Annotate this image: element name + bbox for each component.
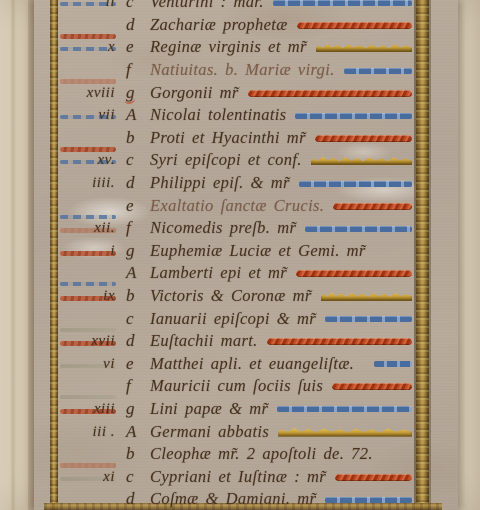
golden-number-cell: ii <box>58 0 120 11</box>
calendar-row: c Ianuarii epiſcopi & mr̃ <box>58 307 414 330</box>
golden-number: iiii. <box>92 175 115 191</box>
calendar-row: d Coſmæ & Damiani. mr̃ <box>58 488 414 510</box>
dominical-letter: f <box>120 60 150 80</box>
golden-number-cell: iii . <box>58 423 120 441</box>
golden-number-cell: iiii. <box>58 174 120 192</box>
dominical-letter: g <box>120 241 150 261</box>
feast-name: Proti et Hyacinthi mr̃ <box>150 128 313 148</box>
dominical-letter: c <box>120 309 150 329</box>
golden-number: xviii <box>87 85 115 101</box>
calendar-row: xviii g Gorgonii mr̃ <box>58 81 414 104</box>
golden-number-cell: x <box>58 38 120 56</box>
line-filler-ornament <box>316 43 412 52</box>
calendar-row: A Lamberti epi et mr̃ <box>58 262 414 285</box>
feast-name: Euſtachii mart. <box>150 331 265 351</box>
feast-name: Natiuitas. b. Mariæ virgi. <box>150 60 342 80</box>
calendar-row: iii . A Germani abbatis <box>58 420 414 443</box>
margin-mark <box>60 395 116 399</box>
feast-name: Euphemiæ Luciæ et Gemi. mr̃ <box>150 241 373 261</box>
calendar-rows: ii c Venturini : mar. d Zachariæ prophet… <box>58 0 414 510</box>
line-filler-ornament <box>321 292 412 301</box>
dominical-letter: d <box>120 15 150 35</box>
feast-name: Nicolai tolentinatis <box>150 105 293 125</box>
golden-number: xv. <box>98 152 115 168</box>
dominical-letter: d <box>120 331 150 351</box>
line-filler-ornament <box>278 428 412 437</box>
line-filler-ornament <box>297 22 412 29</box>
calendar-row: d Zachariæ prophetæ <box>58 14 414 37</box>
line-filler-ornament <box>295 113 412 119</box>
line-filler-ornament <box>315 135 412 142</box>
calendar-row: xvii d Euſtachii mart. <box>58 330 414 353</box>
line-filler-ornament <box>374 361 412 367</box>
dominical-letter: c <box>120 150 150 170</box>
golden-number: vii <box>99 107 116 123</box>
calendar-row: iiii. d Philippi epiſ. & mr̃ <box>58 172 414 195</box>
line-filler-ornament <box>267 338 412 345</box>
manuscript-photo: ii c Venturini : mar. d Zachariæ prophet… <box>0 0 480 510</box>
dominical-letter: b <box>120 128 150 148</box>
calendar-row: ix b Victoris & Coronæ mr̃ <box>58 285 414 308</box>
feast-name: Coſmæ & Damiani. mr̃ <box>150 489 323 509</box>
dominical-letter: f <box>120 218 150 238</box>
golden-number: ii <box>106 0 115 10</box>
line-filler-ornament <box>248 90 412 97</box>
line-filler-ornament <box>332 383 412 390</box>
golden-number-cell: vi <box>58 355 120 373</box>
dominical-letter: f <box>120 376 150 396</box>
line-filler-ornament <box>325 316 412 322</box>
dominical-letter: A <box>120 422 150 442</box>
golden-number-cell: xiii <box>58 400 120 418</box>
line-filler-ornament <box>277 406 412 412</box>
gold-frame-right-rule <box>416 0 429 510</box>
dominical-letter: d <box>120 173 150 193</box>
golden-number: xii. <box>94 220 115 236</box>
calendar-row: xv. c Syri epiſcopi et conf. <box>58 149 414 172</box>
calendar-row: f Mauricii cum ſociis ſuis <box>58 375 414 398</box>
feast-name: Zachariæ prophetæ <box>150 15 295 35</box>
feast-name: Mauricii cum ſociis ſuis <box>150 376 330 396</box>
golden-number: vi <box>103 356 115 372</box>
dominical-letter: e <box>120 37 150 57</box>
margin-mark <box>60 282 116 286</box>
feast-name: Cypriani et Iuſtinæ : mr̃ <box>150 467 333 487</box>
dominical-letter: c <box>120 467 150 487</box>
golden-number-cell: i <box>58 242 120 260</box>
dominical-letter: A <box>120 263 150 283</box>
golden-number-cell: xv. <box>58 151 120 169</box>
feast-name: Victoris & Coronæ mr̃ <box>150 286 319 306</box>
calendar-row: xii. f Nicomedis preſb. mr̃ <box>58 217 414 240</box>
line-filler-ornament <box>344 68 412 74</box>
golden-number: xi <box>103 469 115 485</box>
feast-name: Nicomedis preſb. mr̃ <box>150 218 303 238</box>
golden-number: ix <box>103 288 115 304</box>
feast-name: Exaltatio ſanctæ Crucis. <box>150 196 331 216</box>
line-filler-ornament <box>296 270 412 277</box>
feast-name: Matthei apli. et euangeliſtæ. <box>150 354 361 374</box>
dominical-letter: g <box>120 83 150 103</box>
feast-name: Germani abbatis <box>150 422 276 442</box>
margin-mark <box>60 251 116 256</box>
calendar-row: e Exaltatio ſanctæ Crucis. <box>58 194 414 217</box>
calendar-row: i g Euphemiæ Luciæ et Gemi. mr̃ <box>58 240 414 263</box>
dominical-letter: e <box>120 354 150 374</box>
golden-number: xvii <box>91 333 115 349</box>
golden-number-cell: ix <box>58 287 120 305</box>
line-filler-ornament <box>335 474 412 481</box>
dominical-letter: b <box>120 286 150 306</box>
calendar-row: ii c Venturini : mar. <box>58 0 414 14</box>
feast-name: Syri epiſcopi et conf. <box>150 150 309 170</box>
golden-number-cell: xii. <box>58 219 120 237</box>
calendar-row: x e Reginæ virginis et mr̃ <box>58 36 414 59</box>
calendar-row: f Natiuitas. b. Mariæ virgi. <box>58 59 414 82</box>
line-filler-ornament <box>305 226 412 232</box>
dominical-letter: b <box>120 444 150 464</box>
calendar-row: xi c Cypriani et Iuſtinæ : mr̃ <box>58 465 414 488</box>
golden-number: x <box>108 39 115 55</box>
feast-name: Venturini : mar. <box>150 0 271 12</box>
feast-name: Ianuarii epiſcopi & mr̃ <box>150 309 323 329</box>
golden-number: iii . <box>92 424 115 440</box>
golden-number: i <box>110 243 115 259</box>
feast-name: Philippi epiſ. & mr̃ <box>150 173 297 193</box>
feast-name: Lamberti epi et mr̃ <box>150 263 294 283</box>
calendar-row: b Cleophæ mr̃. 2 apoſtoli de. 72. <box>58 443 414 466</box>
calendar-row: vii A Nicolai tolentinatis <box>58 104 414 127</box>
dominical-letter: c <box>120 0 150 12</box>
feast-name: Cleophæ mr̃. 2 apoſtoli de. 72. <box>150 444 380 464</box>
feast-name: Lini papæ & mr̃ <box>150 399 275 419</box>
line-filler-ornament <box>273 0 412 6</box>
gold-frame-left-rule <box>50 0 58 510</box>
dominical-letter: g <box>120 399 150 419</box>
feast-name: Reginæ virginis et mr̃ <box>150 37 314 57</box>
feast-name: Gorgonii mr̃ <box>150 83 246 103</box>
line-filler-ornament <box>325 497 412 503</box>
golden-number-cell: vii <box>58 106 120 124</box>
golden-number-cell: xi <box>58 468 120 486</box>
golden-number-cell: xvii <box>58 332 120 350</box>
golden-number: xiii <box>94 401 115 417</box>
dominical-letter: A <box>120 105 150 125</box>
dominical-letter: e <box>120 196 150 216</box>
margin-mark <box>60 328 116 332</box>
calendar-row: vi e Matthei apli. et euangeliſtæ. <box>58 353 414 376</box>
golden-number-cell: xviii <box>58 84 120 102</box>
margin-mark <box>60 215 116 219</box>
line-filler-ornament <box>311 156 412 165</box>
calendar-row: b Proti et Hyacinthi mr̃ <box>58 127 414 150</box>
line-filler-ornament <box>333 203 412 210</box>
calendar-row: xiii g Lini papæ & mr̃ <box>58 398 414 421</box>
line-filler-ornament <box>299 181 412 187</box>
dominical-letter: d <box>120 489 150 509</box>
